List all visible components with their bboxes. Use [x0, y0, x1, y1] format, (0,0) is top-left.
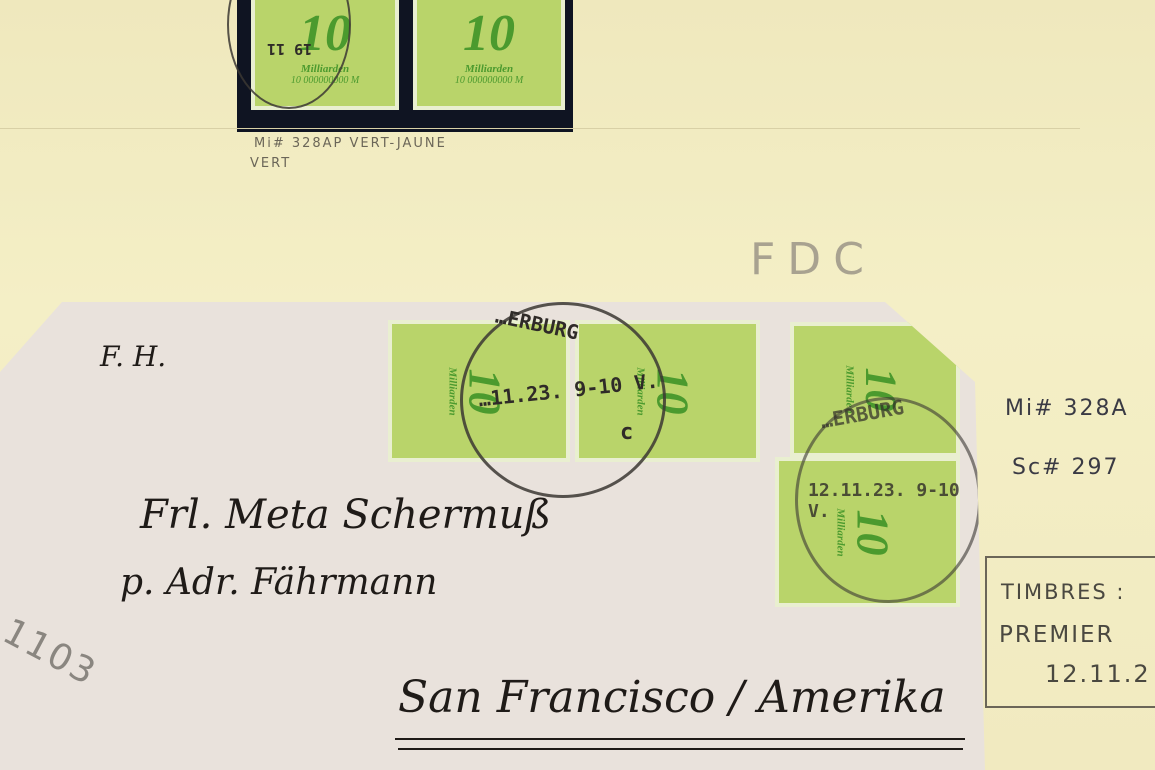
note-line1: TIMBRES :: [1001, 580, 1126, 604]
top-caption-line1: Mi# 328AP VERT-JAUNE: [254, 136, 447, 151]
mounted-stamp-2: 10 Milliarden 10 000000000 M: [413, 0, 565, 110]
postmark-mounted-date: 19 11: [267, 40, 312, 58]
stamp-value: 10: [463, 4, 515, 63]
album-page: 10 Milliarden 10 000000000 M 19 11 10 Mi…: [0, 0, 1155, 770]
stamp-mount: 10 Milliarden 10 000000000 M 19 11 10 Mi…: [237, 0, 573, 132]
envelope: F. H. 1103 10 Milliarden 10 Milliarden 1…: [0, 302, 985, 770]
stamp-amount: 10 000000000 M: [455, 75, 523, 86]
note-box: TIMBRES : PREMIER 12.11.2: [985, 556, 1155, 708]
pencil-note: 1103: [0, 611, 103, 694]
address-line2: p. Adr. Fährmann: [120, 562, 437, 603]
address-underline: [398, 742, 963, 750]
address-line3: San Francisco / Amerika: [398, 672, 946, 723]
michel-number: Mi# 328A: [1005, 396, 1129, 421]
stamp-word: Milliarden: [465, 63, 513, 75]
sender-initials: F. H.: [100, 340, 166, 373]
note-line2: PREMIER: [999, 622, 1115, 648]
postmark-2-date: 12.11.23. 9-10 V.: [808, 480, 985, 522]
top-caption-line2: VERT: [250, 156, 291, 171]
scott-number: Sc# 297: [1012, 455, 1119, 480]
postmark-1-letter: c: [620, 420, 633, 445]
rule-line: [0, 128, 1080, 129]
note-line3: 12.11.2: [1045, 660, 1151, 688]
address-line1: Frl. Meta Schermuß: [140, 492, 551, 538]
stamp-word: Milliarden: [446, 367, 458, 415]
address-underline: [395, 732, 965, 740]
fdc-label: FDC: [750, 234, 876, 285]
